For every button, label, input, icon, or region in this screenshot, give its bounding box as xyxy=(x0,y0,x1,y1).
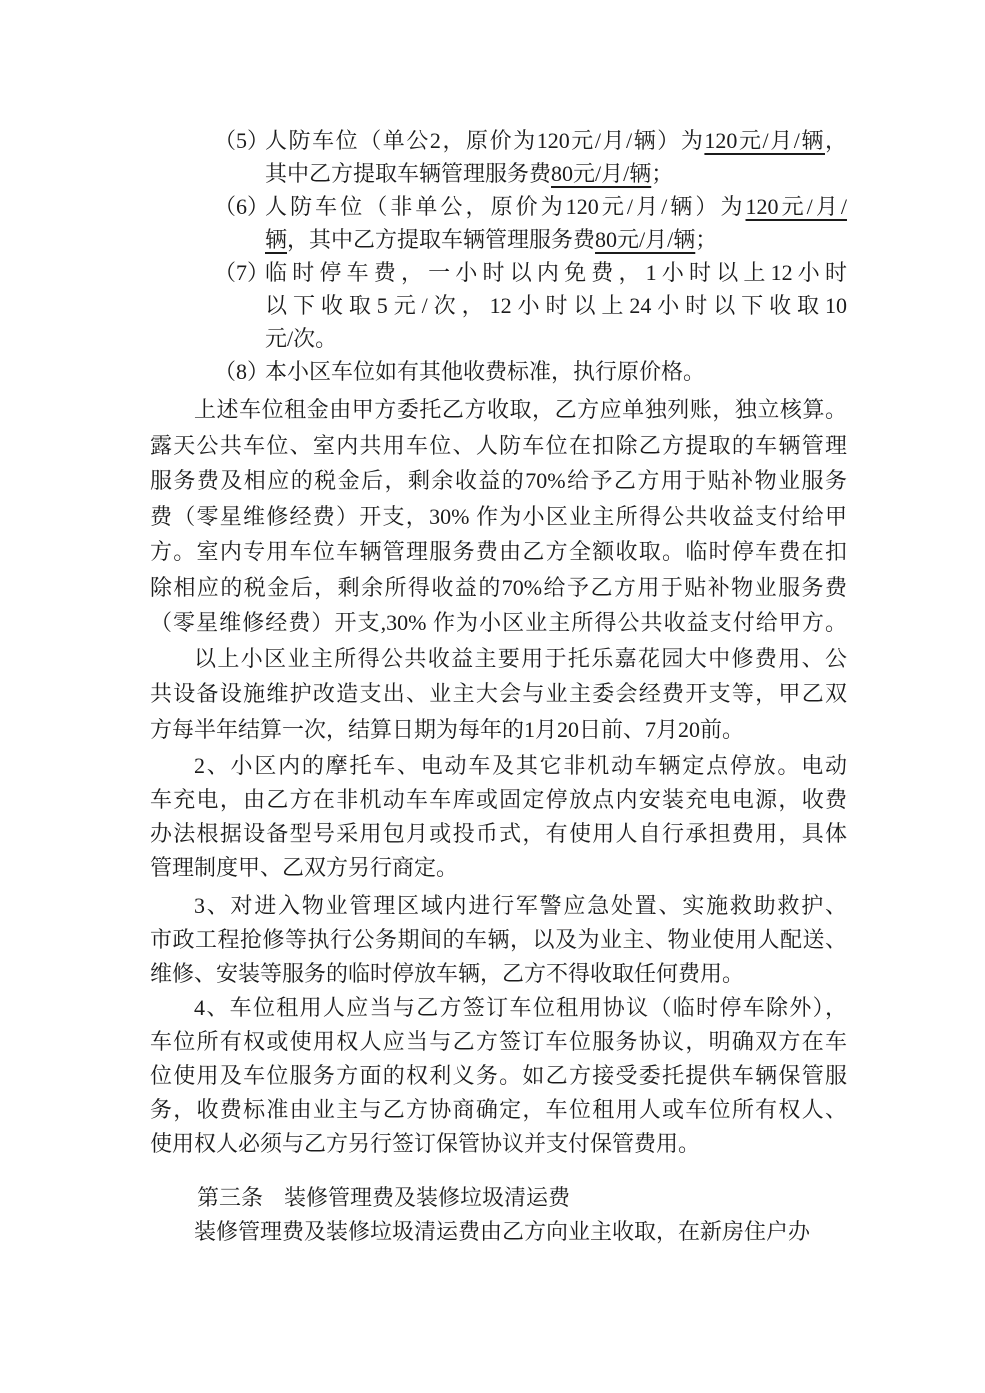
text-segment: 车充电，由乙方在非机动车车库或固定停放点内安装充电电源，收费 xyxy=(150,787,847,812)
text-line: 2、小区内的摩托车、电动车及其它非机动车辆定点停放。电动 xyxy=(150,749,847,783)
paragraph: 4、车位租用人应当与乙方签订车位租用协议（临时停车除外），车位所有权或使用权人应… xyxy=(150,991,847,1161)
list-marker: （5） xyxy=(214,124,269,157)
text-segment: 临时停车费，一小时以内免费，1小时以上12小时 xyxy=(265,260,847,285)
paragraph: 2、小区内的摩托车、电动车及其它非机动车辆定点停放。电动车充电，由乙方在非机动车… xyxy=(150,749,847,885)
text-line: 其中乙方提取车辆管理服务费80元/月/辆； xyxy=(265,157,847,190)
text-segment: 维修、安装等服务的临时停放车辆，乙方不得收取任何费用。 xyxy=(150,961,744,986)
text-segment: ； xyxy=(651,161,673,186)
text-line: 本小区车位如有其他收费标准，执行原价格。 xyxy=(265,355,847,388)
text-segment: 共设备设施维护改造支出、业主大会与业主委会经费开支等，甲乙双 xyxy=(150,681,847,706)
underlined-fee-value: 80元/月/辆 xyxy=(595,227,695,252)
text-segment: 务，收费标准由业主与乙方协商确定，车位租用人或车位所有权人、 xyxy=(150,1097,847,1122)
text-line: 车充电，由乙方在非机动车车库或固定停放点内安装充电电源，收费 xyxy=(150,783,847,817)
text-segment: 费（零星维修经费）开支，30% 作为小区业主所得公共收益支付给甲 xyxy=(150,504,847,529)
text-line: 办法根据设备型号采用包月或投币式，有使用人自行承担费用，具体 xyxy=(150,817,847,851)
text-segment: 市政工程抢修等执行公务期间的车辆，以及为业主、物业使用人配送、 xyxy=(150,927,847,952)
list-marker: （8） xyxy=(214,355,269,388)
text-segment: 4、车位租用人应当与乙方签订车位租用协议（临时停车除外）， xyxy=(194,995,847,1020)
text-segment: 本小区车位如有其他收费标准，执行原价格。 xyxy=(265,359,705,384)
section-title: 装修管理费及装修垃圾清运费 xyxy=(284,1185,570,1210)
list-marker: （6） xyxy=(214,190,269,223)
text-line: 除相应的税金后，剩余所得收益的70%给予乙方用于贴补物业服务费 xyxy=(150,570,847,606)
text-line: 务，收费标准由业主与乙方协商确定，车位租用人或车位所有权人、 xyxy=(150,1093,847,1127)
text-line: 辆，其中乙方提取车辆管理服务费80元/月/辆； xyxy=(265,223,847,256)
text-line: 元/次。 xyxy=(265,322,847,355)
paragraph: 上述车位租金由甲方委托乙方收取，乙方应单独列账，独立核算。露天公共车位、室内共用… xyxy=(150,392,847,641)
underlined-fee-value: 120元/月/ xyxy=(746,194,847,219)
section-heading: 第三条装修管理费及装修垃圾清运费 xyxy=(150,1181,847,1215)
text-segment: 人防车位（非单公，原价为120元/月/辆）为 xyxy=(265,194,746,219)
text-line: 费（零星维修经费）开支，30% 作为小区业主所得公共收益支付给甲 xyxy=(150,499,847,535)
text-segment: 办法根据设备型号采用包月或投币式，有使用人自行承担费用，具体 xyxy=(150,821,847,846)
text-segment: 上述车位租金由甲方委托乙方收取，乙方应单独列账，独立核算。 xyxy=(194,397,847,422)
text-segment: 3、对进入物业管理区域内进行军警应急处置、实施救助救护、 xyxy=(194,893,847,918)
text-segment: 服务费及相应的税金后，剩余收益的70%给予乙方用于贴补物业服务 xyxy=(150,468,847,493)
text-line: 临时停车费，一小时以内免费，1小时以上12小时 xyxy=(265,256,847,289)
text-segment: 露天公共车位、室内共用车位、人防车位在扣除乙方提取的车辆管理 xyxy=(150,433,847,458)
text-segment: 2、小区内的摩托车、电动车及其它非机动车辆定点停放。电动 xyxy=(194,753,847,778)
paragraph: 3、对进入物业管理区域内进行军警应急处置、实施救助救护、市政工程抢修等执行公务期… xyxy=(150,889,847,991)
text-line: 使用权人必须与乙方另行签订保管协议并支付保管费用。 xyxy=(150,1127,847,1161)
text-segment: 以下收取5元/次，12小时以上24小时以下收取10 xyxy=(265,293,847,318)
text-segment: ，其中乙方提取车辆管理服务费 xyxy=(287,227,595,252)
text-line: 上述车位租金由甲方委托乙方收取，乙方应单独列账，独立核算。 xyxy=(150,392,847,428)
underlined-fee-value: 80元/月/辆 xyxy=(551,161,651,186)
list-marker: （7） xyxy=(214,256,269,289)
text-line: 以下收取5元/次，12小时以上24小时以下收取10 xyxy=(265,289,847,322)
text-line: 服务费及相应的税金后，剩余收益的70%给予乙方用于贴补物业服务 xyxy=(150,463,847,499)
section-number: 第三条 xyxy=(197,1185,263,1210)
text-segment: 使用权人必须与乙方另行签订保管协议并支付保管费用。 xyxy=(150,1131,700,1156)
text-segment: 人防车位（单公2，原价为120元/月/辆）为 xyxy=(265,128,704,153)
text-segment: ； xyxy=(695,227,717,252)
text-line: 方每半年结算一次，结算日期为每年的1月20日前、7月20前。 xyxy=(150,712,847,748)
text-segment: ， xyxy=(825,128,847,153)
text-segment: 装修管理费及装修垃圾清运费由乙方向业主收取，在新房住户办 xyxy=(194,1219,810,1244)
list-item-6: （6）人防车位（非单公，原价为120元/月/辆）为120元/月/辆，其中乙方提取… xyxy=(150,190,847,256)
text-segment: 方每半年结算一次，结算日期为每年的1月20日前、7月20前。 xyxy=(150,717,744,742)
text-line: 人防车位（非单公，原价为120元/月/辆）为120元/月/ xyxy=(265,190,847,223)
text-line: 管理制度甲、乙双方另行商定。 xyxy=(150,851,847,885)
paragraph: 以上小区业主所得公共收益主要用于托乐嘉花园大中修费用、公共设备设施维护改造支出、… xyxy=(150,641,847,748)
list-item-7: （7）临时停车费，一小时以内免费，1小时以上12小时以下收取5元/次，12小时以… xyxy=(150,256,847,355)
text-line: 车位所有权或使用权人应当与乙方签订车位服务协议，明确双方在车 xyxy=(150,1025,847,1059)
text-line: 4、车位租用人应当与乙方签订车位租用协议（临时停车除外）， xyxy=(150,991,847,1025)
text-segment: 以上小区业主所得公共收益主要用于托乐嘉花园大中修费用、公 xyxy=(194,646,847,671)
text-line: 位使用及车位服务方面的权利义务。如乙方接受委托提供车辆保管服 xyxy=(150,1059,847,1093)
text-segment: 位使用及车位服务方面的权利义务。如乙方接受委托提供车辆保管服 xyxy=(150,1063,847,1088)
text-segment: 管理制度甲、乙双方另行商定。 xyxy=(150,855,458,880)
text-segment: （零星维修经费）开支,30% 作为小区业主所得公共收益支付给甲方。 xyxy=(150,610,847,635)
list-item-5: （5）人防车位（单公2，原价为120元/月/辆）为120元/月/辆，其中乙方提取… xyxy=(150,124,847,190)
text-line: 装修管理费及装修垃圾清运费由乙方向业主收取，在新房住户办 xyxy=(150,1215,847,1249)
document-body: （5）人防车位（单公2，原价为120元/月/辆）为120元/月/辆，其中乙方提取… xyxy=(150,124,847,1249)
underlined-fee-value: 辆 xyxy=(265,227,287,252)
text-segment: 车位所有权或使用权人应当与乙方签订车位服务协议，明确双方在车 xyxy=(150,1029,847,1054)
text-segment: 方。室内专用车位车辆管理服务费由乙方全额收取。临时停车费在扣 xyxy=(150,539,847,564)
paragraph: 装修管理费及装修垃圾清运费由乙方向业主收取，在新房住户办 xyxy=(150,1215,847,1249)
text-line: 人防车位（单公2，原价为120元/月/辆）为120元/月/辆， xyxy=(265,124,847,157)
text-line: 方。室内专用车位车辆管理服务费由乙方全额收取。临时停车费在扣 xyxy=(150,534,847,570)
text-line: 3、对进入物业管理区域内进行军警应急处置、实施救助救护、 xyxy=(150,889,847,923)
text-line: 市政工程抢修等执行公务期间的车辆，以及为业主、物业使用人配送、 xyxy=(150,923,847,957)
text-line: （零星维修经费）开支,30% 作为小区业主所得公共收益支付给甲方。 xyxy=(150,605,847,641)
document-page: （5）人防车位（单公2，原价为120元/月/辆）为120元/月/辆，其中乙方提取… xyxy=(0,0,985,1393)
text-line: 以上小区业主所得公共收益主要用于托乐嘉花园大中修费用、公 xyxy=(150,641,847,677)
text-line: 共设备设施维护改造支出、业主大会与业主委会经费开支等，甲乙双 xyxy=(150,676,847,712)
list-item-8: （8）本小区车位如有其他收费标准，执行原价格。 xyxy=(150,355,847,388)
text-segment: 其中乙方提取车辆管理服务费 xyxy=(265,161,551,186)
underlined-fee-value: 120元/月/辆 xyxy=(704,128,825,153)
text-segment: 元/次。 xyxy=(265,326,337,351)
text-line: 维修、安装等服务的临时停放车辆，乙方不得收取任何费用。 xyxy=(150,957,847,991)
text-segment: 除相应的税金后，剩余所得收益的70%给予乙方用于贴补物业服务费 xyxy=(150,575,847,600)
text-line: 露天公共车位、室内共用车位、人防车位在扣除乙方提取的车辆管理 xyxy=(150,428,847,464)
